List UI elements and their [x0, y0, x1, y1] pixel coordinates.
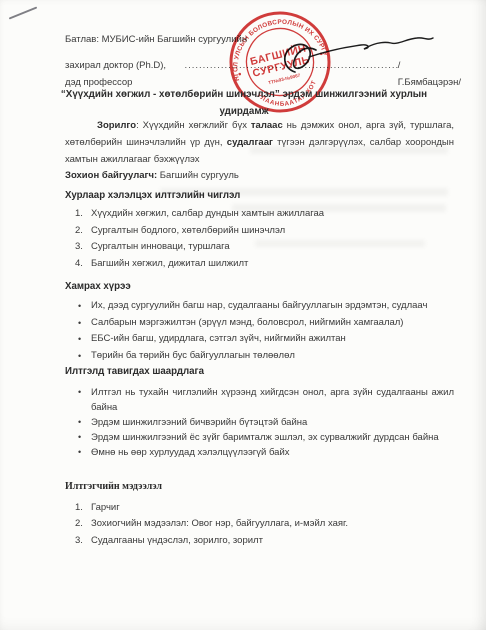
signature-scribble [265, 26, 443, 84]
goal-text-1: : Хүүхдийн хөгжлийг бүх [136, 120, 251, 131]
list-item: Их, дээд сургуулийн багш нар, судалгааны… [65, 298, 454, 315]
goal-emphasis-1: талаас [251, 120, 283, 131]
list-item: Сургалтын бодлого, хөтөлбөрийн шинэчлэл [65, 223, 454, 240]
organizer-label: Зохион байгуулагч: [65, 170, 157, 181]
list-item: Салбарын мэргэжилтэн (эрүүл мэнд, боловс… [65, 315, 454, 332]
list-item: Гарчиг [65, 500, 454, 516]
requirements-list: Илтгэл нь тухайн чиглэлийн хүрээнд хийгд… [65, 385, 454, 460]
signature-loop [285, 44, 316, 72]
goal-paragraph: Зорилго: Хүүхдийн хөгжлийг бүх талаас нь… [65, 117, 454, 168]
organizer-value: Багшийн сургууль [157, 170, 239, 181]
list-item: Илтгэл нь тухайн чиглэлийн хүрээнд хийгд… [65, 385, 454, 415]
list-item: Зохиогчийн мэдээлэл: Овог нэр, байгуулла… [65, 516, 454, 532]
list-item: Багшийн хөгжил, дижитал шилжилт [65, 256, 454, 273]
document-page: Батлав: МУБИС-ийн Багшийн сургуулийн зах… [0, 0, 486, 630]
list-item: Сургалтын инноваци, туршлага [65, 239, 454, 256]
list-item: Эрдэм шинжилгээний бичвэрийн бүтэцтэй ба… [65, 415, 454, 430]
document-title-line-1: “Хүүхдийн хөгжил - хөтөлбөрийн шинэчлэл”… [40, 86, 448, 103]
list-item: ЕБС-ийн багш, удирдлага, сэтгэл зүйч, ни… [65, 331, 454, 348]
list-item: Өмнө нь өөр хурлуудад хэлэлцүүлээгүй бай… [65, 445, 454, 460]
scope-list: Их, дээд сургуулийн багш нар, судалгааны… [65, 298, 454, 364]
list-item: Хүүхдийн хөгжил, салбар дундын хамтын аж… [65, 206, 454, 223]
section-heading-requirements: Илтгэлд тавигдах шаардлага [65, 363, 204, 380]
section-heading-presenter-info: Илтгэгчийн мэдээлэл [65, 478, 162, 495]
presenter-info-list: Гарчиг Зохиогчийн мэдээлэл: Овог нэр, ба… [65, 500, 454, 549]
goal-label: Зорилго [97, 120, 136, 131]
scan-artifact [9, 6, 38, 19]
goal-emphasis-2: судалгааг [227, 137, 273, 148]
document-title: “Хүүхдийн хөгжил - хөтөлбөрийн шинэчлэл”… [40, 86, 448, 120]
list-item: Судалгааны үндэслэл, зорилго, зорилт [65, 533, 454, 549]
directions-list: Хүүхдийн хөгжил, салбар дундын хамтын аж… [65, 206, 454, 272]
organizer-line: Зохион байгуулагч: Багшийн сургууль [65, 167, 454, 184]
section-heading-scope: Хамрах хүрээ [65, 278, 131, 295]
list-item: Төрийн ба төрийн бус байгууллагын төлөөл… [65, 348, 454, 365]
signature-tail [309, 38, 433, 57]
section-heading-directions: Хурлаар хэлэлцэх илтгэлийн чиглэл [65, 187, 240, 204]
list-item: Эрдэм шинжилгээний ёс зүйг баримталж эшл… [65, 430, 454, 445]
